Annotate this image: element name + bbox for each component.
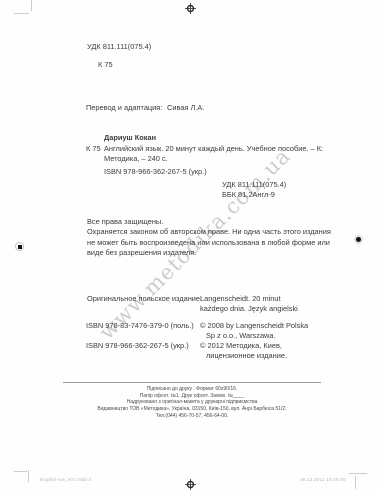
original-edition-title: Langenscheidt. 20 minut każdego dnia. Ję…	[200, 294, 298, 315]
registration-mark-right	[356, 237, 361, 242]
footer-filename: English-rus_v07.indd 2	[40, 477, 91, 482]
imprint-line: Підписано до друку . Формат 60х90/16.	[63, 386, 321, 393]
author-name: Дариуш Кокан	[104, 133, 156, 143]
imprint-line: Тел.(044) 456-70-57, 456-64-00.	[63, 413, 321, 420]
copyright-2012-line2: лицензионное издание.	[206, 351, 287, 361]
trim-mark-bottom-left-vertical	[28, 470, 29, 482]
udk-code-catalog: УДК 811.111(075.4)	[222, 180, 286, 190]
registration-mark-bottom	[185, 479, 196, 490]
udk-code-top: УДК 811.111(075.4)	[87, 42, 151, 52]
rights-line: не может быть воспроизведена или использ…	[87, 238, 331, 248]
imprint-line: Надруковано з оригінал-макета у друкарні…	[63, 399, 321, 406]
imprint-line: Папір офсет. №1. Друк офсет. Замов. №___…	[63, 393, 321, 400]
original-title-line: każdego dnia. Język angielski	[200, 304, 298, 314]
isbn-ukr: ISBN 978-966-362-267-5 (укр.)	[86, 341, 189, 351]
rights-line: Охраняется законом об авторском праве. Н…	[87, 227, 331, 237]
original-edition-label: Оригинальное польское издание:	[87, 294, 202, 304]
trim-mark-top-left-horizontal	[14, 13, 29, 14]
footer-timestamp: 28.12.2011 10:06:00	[300, 477, 346, 482]
trim-mark-bottom-left-horizontal	[14, 471, 27, 472]
isbn-pol: ISBN 978-83-7476-379-0 (поль.)	[86, 321, 194, 331]
original-title-line: Langenscheidt. 20 minut	[200, 294, 298, 304]
translation-value: Сивая Л.А.	[167, 103, 204, 113]
registration-mark-top	[185, 3, 196, 14]
imprint-block: Підписано до друку . Формат 60х90/16. Па…	[63, 386, 321, 420]
catalog-title-line2: Методика, – 240 с.	[104, 154, 168, 164]
trim-mark-top-left-vertical	[31, 0, 32, 11]
copyright-2008-line1: © 2008 by Langenscheidt Polska	[200, 321, 308, 331]
bbk-code-catalog: ББК 81.2Англ-9	[222, 190, 275, 200]
imprint-line: Видавництво ТОВ «Методика», Україна, 031…	[63, 406, 321, 413]
rights-line: Все права защищены.	[87, 217, 331, 227]
catalog-code-top: К 75	[98, 60, 113, 70]
translation-label: Перевод и адаптация:	[86, 103, 162, 113]
copyright-2012-line1: © 2012 Методика, Киев,	[200, 341, 282, 351]
imprint-divider	[63, 382, 321, 383]
rights-line: виде без разрешения издателя.	[87, 248, 331, 258]
isbn-ukr-top: ISBN 978-966-362-267-5 (укр.)	[104, 167, 207, 177]
registration-mark-left	[15, 242, 24, 251]
copyright-2008-line2: Sp z o.o., Warszawa.	[206, 331, 276, 341]
trim-mark-bottom-right-vertical	[355, 476, 356, 489]
catalog-title-line1: Английский язык. 20 минут каждый день. У…	[104, 144, 323, 154]
rights-statement: Все права защищены. Охраняется законом о…	[87, 217, 331, 258]
catalog-code: К 75	[86, 144, 101, 154]
trim-mark-bottom-right-horizontal	[349, 473, 367, 474]
scanned-imprint-page: www.metodika.com.ua УДК 811.111(075.4) К…	[0, 0, 381, 492]
